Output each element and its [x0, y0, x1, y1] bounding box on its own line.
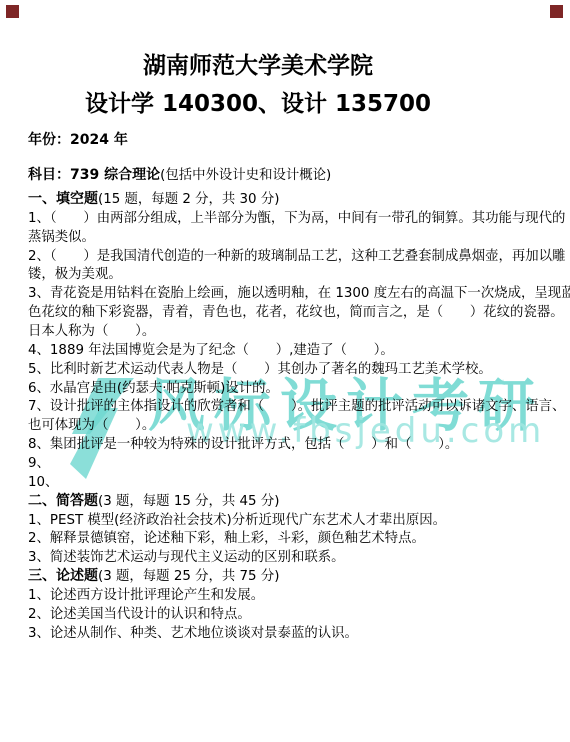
- text-line: 日本人称为（ ）。: [28, 322, 548, 341]
- text-line: 三、论述题(3 题，每题 25 分，共 75 分): [28, 567, 548, 586]
- line-text: 7、设计批评的主体指设计的欣赏者和（ ）。批评主题的批评活动可以诉诸文字、语言、: [28, 399, 565, 414]
- line-text: (3 题，每题 25 分，共 75 分): [98, 569, 279, 584]
- text-line: 1、（ ）由两部分组成，上半部分为甑，下为鬲，中间有一带孔的铜算。其功能与现代的: [28, 209, 548, 228]
- corner-mark-left: [6, 5, 19, 18]
- page-title: 湖南师范大学美术学院: [0, 47, 516, 80]
- text-line: 蒸锅类似。: [28, 228, 548, 247]
- text-line: 5、比利时新艺术运动代表人物是（ ）其创办了著名的魏玛工艺美术学校。: [28, 360, 548, 379]
- text-line: 2、解释景德镇窑，论述釉下彩，釉上彩，斗彩，颜色釉艺术特点。: [28, 529, 548, 548]
- line-text: 3、简述装饰艺术运动与现代主义运动的区别和联系。: [28, 550, 345, 565]
- line-text: 2、论述美国当代设计的认识和特点。: [28, 607, 251, 622]
- text-line: 3、青花瓷是用钴料在瓷胎上绘画，施以透明釉，在 1300 度左右的高温下一次烧成…: [28, 284, 548, 303]
- year-line: 年份：2024 年: [28, 129, 128, 149]
- text-line: 色花纹的釉下彩瓷器，青着，青色也，花者，花纹也，简而言之，是（ ）花纹的瓷器。: [28, 303, 548, 322]
- line-text: 1、论述西方设计批评理论产生和发展。: [28, 588, 264, 603]
- line-text: 2、解释景德镇窑，论述釉下彩，釉上彩，斗彩，颜色釉艺术特点。: [28, 531, 425, 546]
- text-line: 镂，极为美观。: [28, 265, 548, 284]
- text-line: 10、: [28, 473, 548, 492]
- page-subtitle: 设计学 140300、设计 135700: [0, 85, 516, 118]
- text-line: 2、论述美国当代设计的认识和特点。: [28, 605, 548, 624]
- text-line: 二、简答题(3 题，每题 15 分，共 45 分): [28, 492, 548, 511]
- line-text: 蒸锅类似。: [28, 230, 95, 245]
- line-text: 镂，极为美观。: [28, 267, 122, 282]
- line-text: 10、: [28, 475, 58, 490]
- section-heading: 三、论述题: [28, 568, 98, 584]
- line-text: 6、水晶宫是由(约瑟夫·帕克斯顿)设计的。: [28, 381, 279, 396]
- text-line: 1、PEST 模型(经济政治社会技术)分析近现代广东艺术人才辈出原因。: [28, 511, 548, 530]
- line-text: 1、（ ）由两部分组成，上半部分为甑，下为鬲，中间有一带孔的铜算。其功能与现代的: [28, 211, 565, 226]
- text-line: 一、填空题(15 题，每题 2 分，共 30 分): [28, 190, 548, 209]
- text-line: 1、论述西方设计批评理论产生和发展。: [28, 586, 548, 605]
- text-line: 6、水晶宫是由(约瑟夫·帕克斯顿)设计的。: [28, 379, 548, 398]
- exam-paper-page: 风标设计考研 www.fbsjedu.com 湖南师范大学美术学院 设计学 14…: [0, 0, 570, 742]
- line-text: 2、（ ）是我国清代创造的一种新的玻璃制品工艺，这种工艺叠套制成鼻烟壶，再加以雕: [28, 249, 565, 264]
- subject-line: 科目：739 综合理论(包括中外设计史和设计概论): [28, 164, 331, 184]
- section-heading: 一、填空题: [28, 191, 98, 207]
- question-lines: 一、填空题(15 题，每题 2 分，共 30 分) 1、（ ）由两部分组成，上半…: [28, 190, 548, 643]
- text-line: 也可体现为（ ）。: [28, 416, 548, 435]
- line-text: 8、集团批评是一种较为特殊的设计批评方式，包括（ ）和（ ）。: [28, 437, 458, 452]
- line-text: 1、PEST 模型(经济政治社会技术)分析近现代广东艺术人才辈出原因。: [28, 513, 446, 528]
- text-line: 9、: [28, 454, 548, 473]
- line-text: 5、比利时新艺术运动代表人物是（ ）其创办了著名的魏玛工艺美术学校。: [28, 362, 492, 377]
- subject-note: (包括中外设计史和设计概论): [160, 168, 331, 183]
- corner-mark-right: [550, 5, 563, 18]
- line-text: 色花纹的釉下彩瓷器，青着，青色也，花者，花纹也，简而言之，是（ ）花纹的瓷器。: [28, 305, 564, 320]
- line-text: (3 题，每题 15 分，共 45 分): [98, 494, 279, 509]
- text-line: 3、简述装饰艺术运动与现代主义运动的区别和联系。: [28, 548, 548, 567]
- text-line: 2、（ ）是我国清代创造的一种新的玻璃制品工艺，这种工艺叠套制成鼻烟壶，再加以雕: [28, 247, 548, 266]
- text-line: 7、设计批评的主体指设计的欣赏者和（ ）。批评主题的批评活动可以诉诸文字、语言、: [28, 397, 548, 416]
- subject-label: 科目：739 综合理论: [28, 167, 160, 183]
- text-line: 4、1889 年法国博览会是为了纪念（ ）,建造了（ ）。: [28, 341, 548, 360]
- line-text: 3、青花瓷是用钴料在瓷胎上绘画，施以透明釉，在 1300 度左右的高温下一次烧成…: [28, 286, 570, 301]
- line-text: 也可体现为（ ）。: [28, 418, 155, 433]
- text-line: 3、论述从制作、种类、艺术地位谈谈对景泰蓝的认识。: [28, 624, 548, 643]
- line-text: 4、1889 年法国博览会是为了纪念（ ）,建造了（ ）。: [28, 343, 394, 358]
- section-heading: 二、简答题: [28, 493, 98, 509]
- line-text: 3、论述从制作、种类、艺术地位谈谈对景泰蓝的认识。: [28, 626, 358, 641]
- line-text: (15 题，每题 2 分，共 30 分): [98, 192, 279, 207]
- text-line: 8、集团批评是一种较为特殊的设计批评方式，包括（ ）和（ ）。: [28, 435, 548, 454]
- line-text: 日本人称为（ ）。: [28, 324, 155, 339]
- line-text: 9、: [28, 456, 50, 471]
